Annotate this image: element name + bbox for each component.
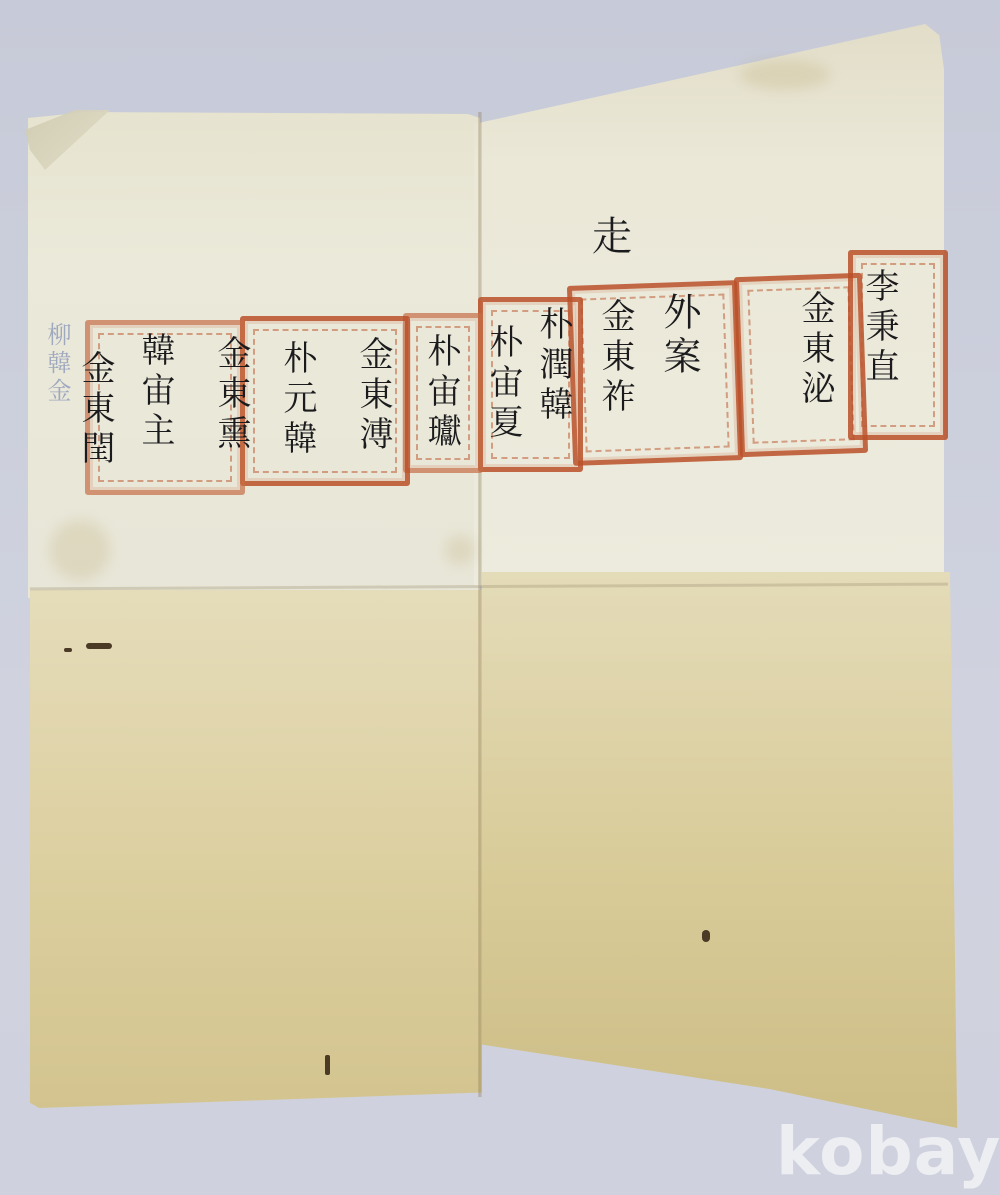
document-right-lower-panel <box>482 572 962 1128</box>
stain <box>50 520 110 580</box>
ink-spot <box>64 648 72 652</box>
name-column: 韓宙主 <box>138 332 172 452</box>
name-column: 朴宙瓛 <box>424 333 458 453</box>
name-column: 李秉直 <box>862 268 896 388</box>
name-column: 金東熏 <box>214 335 248 455</box>
ink-spot <box>702 930 710 942</box>
header-character: 走 <box>592 205 632 262</box>
kobay-watermark: kobay <box>776 1113 1000 1190</box>
faint-blue-inscription: 柳韓金 <box>40 322 75 406</box>
ink-spot <box>325 1055 330 1075</box>
seal-stamp <box>567 280 743 466</box>
name-column: 金東溥 <box>356 336 390 456</box>
name-column: 金東祚 <box>598 298 632 418</box>
document-left-lower-panel <box>30 590 482 1108</box>
name-column: 朴潤韓 <box>536 306 570 426</box>
name-column: 金東閏 <box>78 350 112 470</box>
ink-spot <box>86 643 112 649</box>
stain <box>445 535 475 565</box>
name-column: 外案 <box>660 292 698 380</box>
name-column: 朴宙夏 <box>486 324 520 444</box>
stain <box>740 60 830 90</box>
center-fold <box>478 112 482 1097</box>
name-column: 金東泌 <box>798 290 832 410</box>
name-column: 朴元韓 <box>280 340 314 460</box>
